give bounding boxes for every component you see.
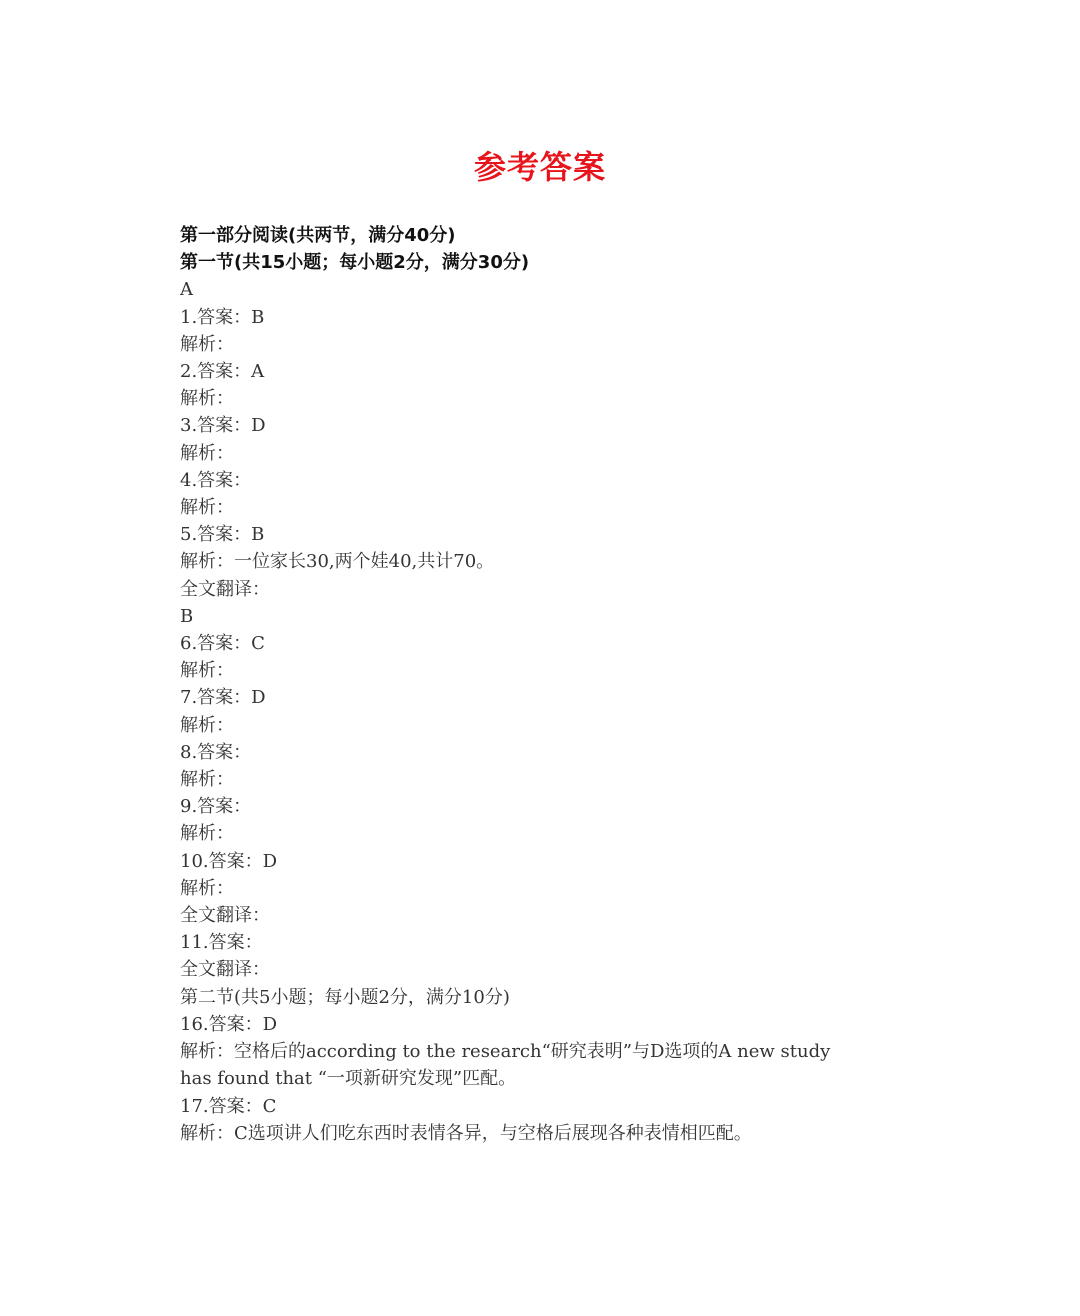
passage-label: B	[180, 603, 920, 630]
analysis-line: 解析：空格后的according to the research“研究表明”与D…	[180, 1038, 920, 1065]
analysis-line-continued: has found that “一项新研究发现”匹配。	[180, 1065, 920, 1092]
translation-line: 全文翻译：	[180, 576, 920, 603]
page-title: 参考答案	[0, 142, 1080, 188]
answer-line: 9.答案：	[180, 793, 920, 820]
answer-line: 1.答案：B	[180, 304, 920, 331]
translation-line: 全文翻译：	[180, 902, 920, 929]
analysis-line: 解析：	[180, 820, 920, 847]
answer-line: 10.答案：D	[180, 848, 920, 875]
analysis-line: 解析：	[180, 494, 920, 521]
answer-line: 16.答案：D	[180, 1011, 920, 1038]
analysis-line: 解析：	[180, 712, 920, 739]
analysis-line: 解析：	[180, 440, 920, 467]
answer-line: 2.答案：A	[180, 358, 920, 385]
section-heading: 第一节(共15小题；每小题2分，满分30分)	[180, 249, 920, 276]
answer-line: 8.答案：	[180, 739, 920, 766]
answer-content: 第一部分阅读(共两节，满分40分) 第一节(共15小题；每小题2分，满分30分)…	[180, 222, 920, 1147]
document-page: 参考答案 第一部分阅读(共两节，满分40分) 第一节(共15小题；每小题2分，满…	[0, 0, 1080, 1316]
answer-line: 3.答案：D	[180, 412, 920, 439]
translation-line: 全文翻译：	[180, 956, 920, 983]
analysis-line: 解析：C选项讲人们吃东西时表情各异，与空格后展现各种表情相匹配。	[180, 1120, 920, 1147]
answer-line: 11.答案：	[180, 929, 920, 956]
answer-line: 5.答案：B	[180, 521, 920, 548]
passage-label: A	[180, 276, 920, 303]
analysis-line: 解析：	[180, 875, 920, 902]
analysis-line: 解析：	[180, 766, 920, 793]
analysis-line: 解析：	[180, 657, 920, 684]
answer-line: 4.答案：	[180, 467, 920, 494]
analysis-line: 解析：	[180, 331, 920, 358]
section-heading: 第二节(共5小题；每小题2分，满分10分)	[180, 984, 920, 1011]
answer-line: 6.答案：C	[180, 630, 920, 657]
answer-line: 7.答案：D	[180, 684, 920, 711]
answer-line: 17.答案：C	[180, 1093, 920, 1120]
part-heading: 第一部分阅读(共两节，满分40分)	[180, 222, 920, 249]
analysis-line: 解析：	[180, 385, 920, 412]
analysis-line: 解析：一位家长30,两个娃40,共计70。	[180, 548, 920, 575]
